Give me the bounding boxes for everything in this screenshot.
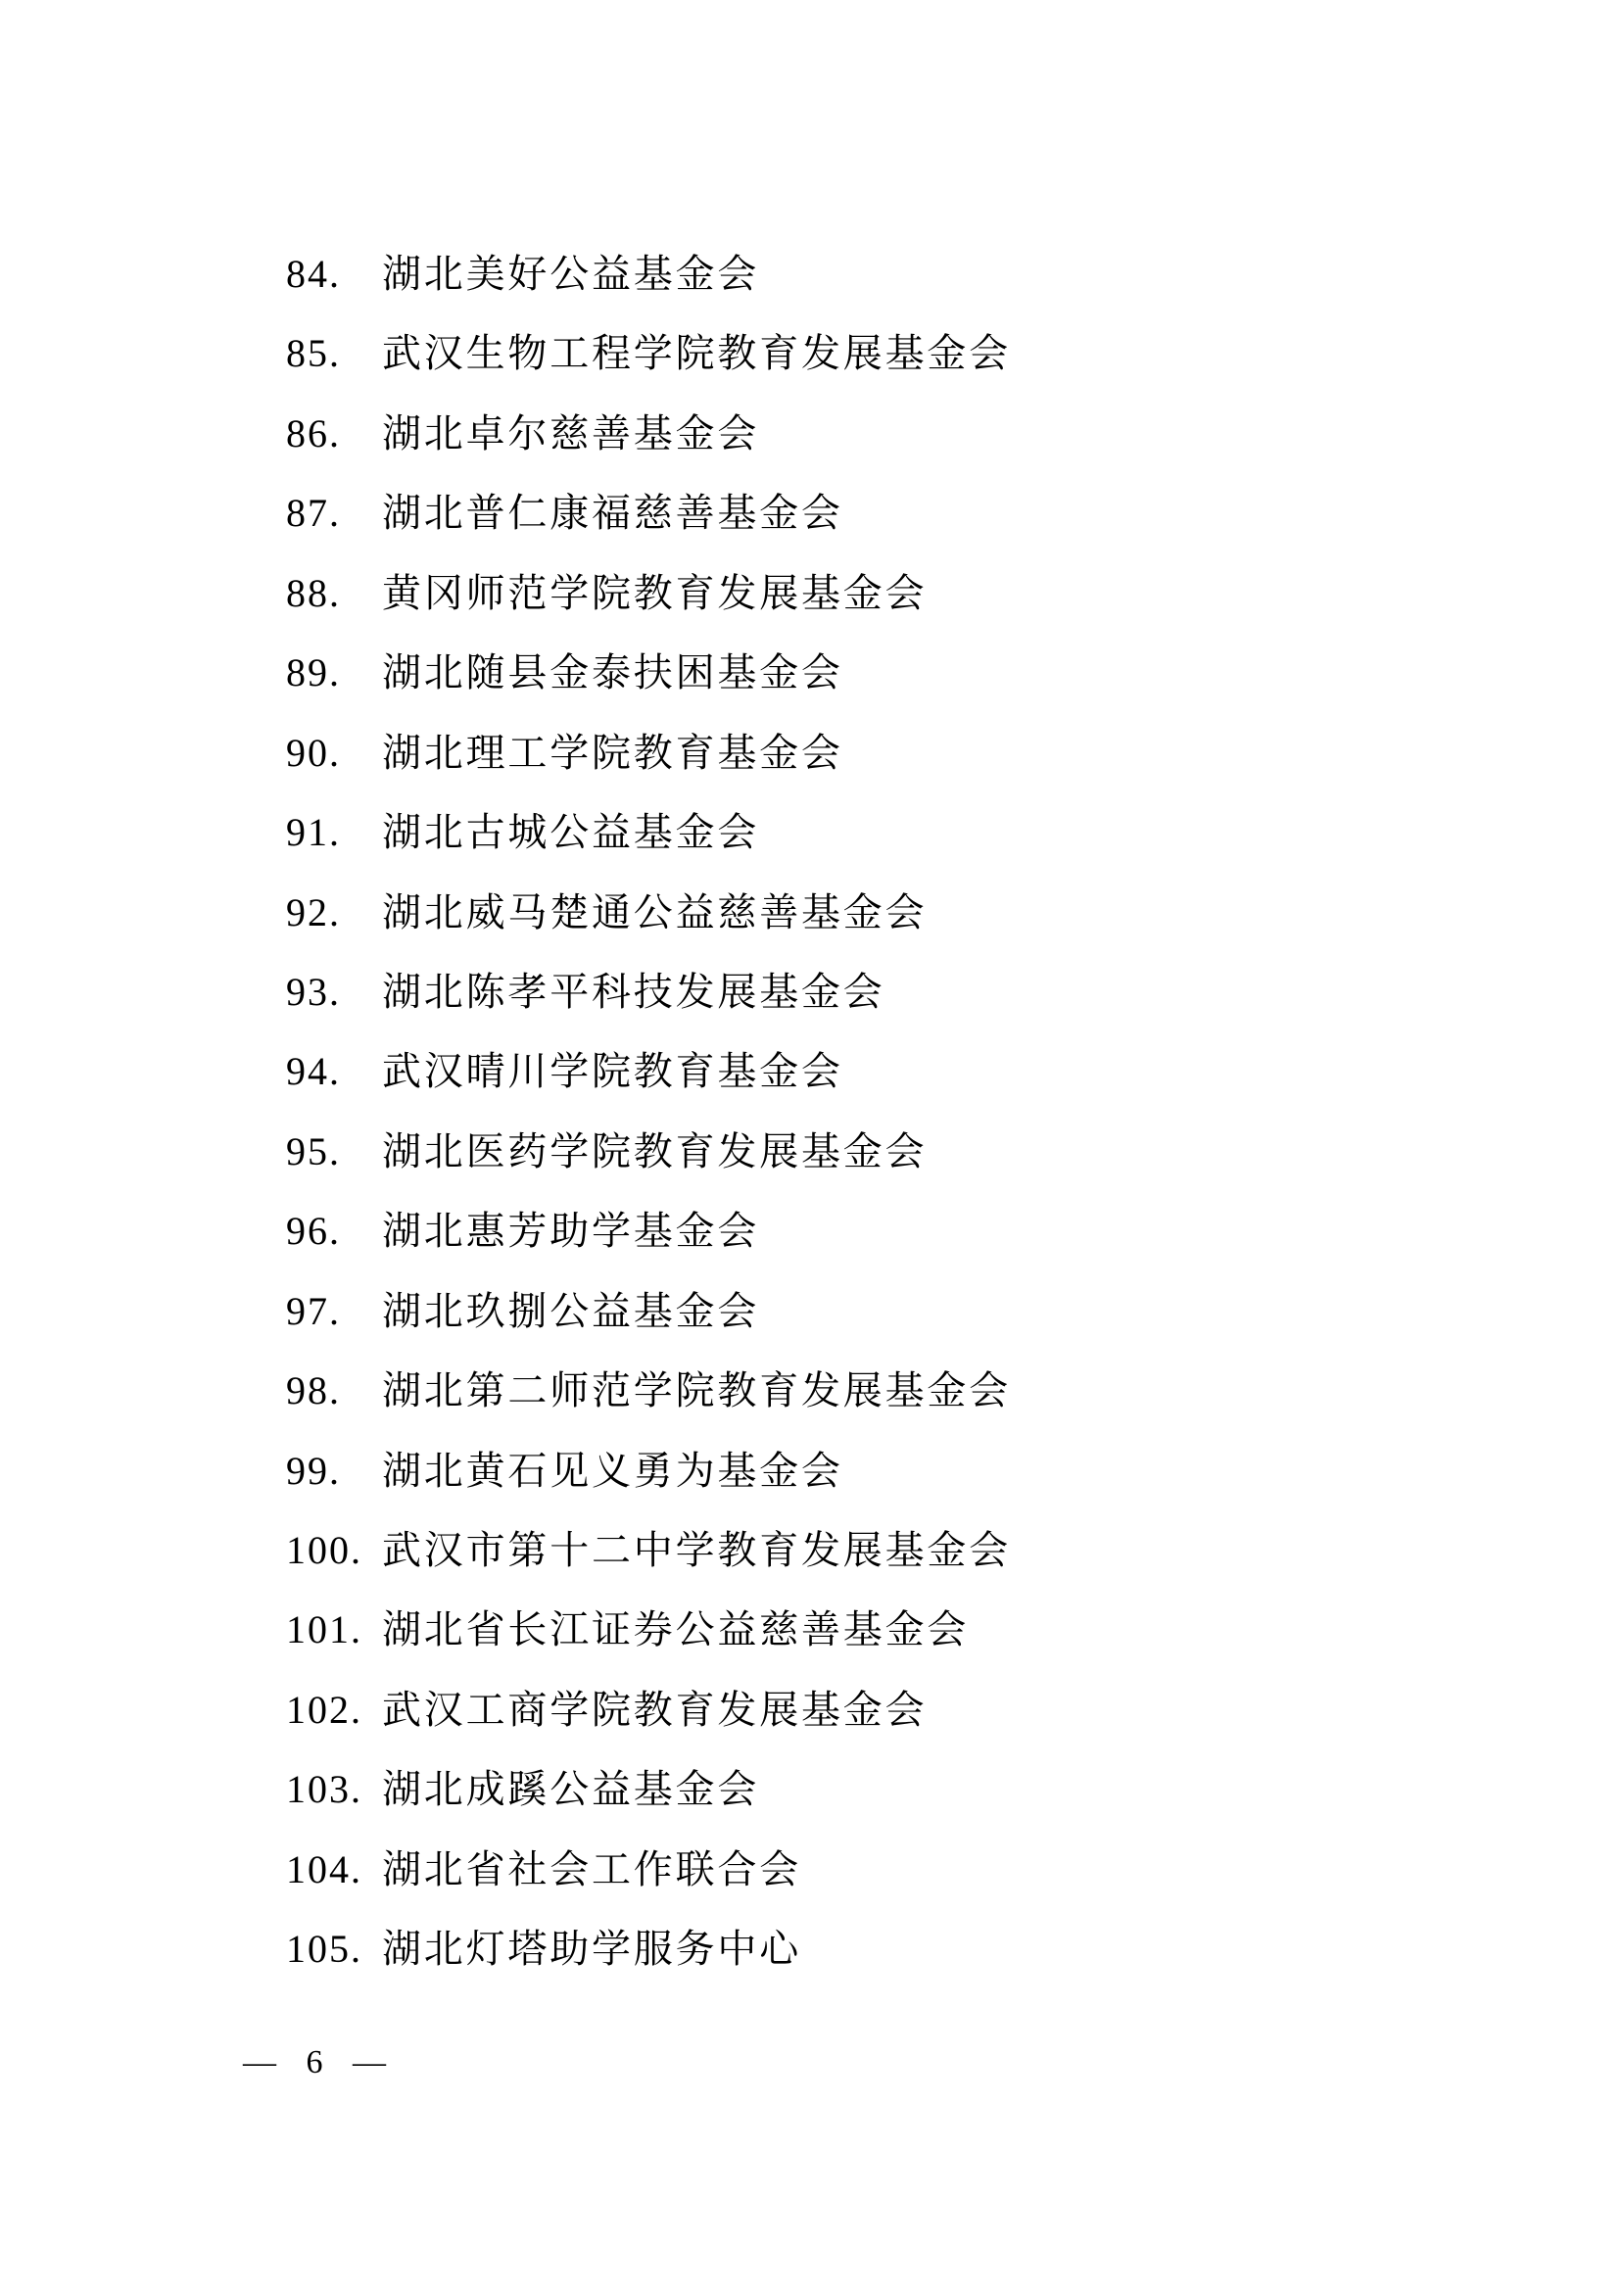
- item-name: 湖北随县金泰扶困基金会: [382, 633, 843, 712]
- list-item: 92. 湖北威马楚通公益慈善基金会: [286, 873, 1461, 952]
- item-number: 89.: [286, 633, 382, 712]
- item-number: 96.: [286, 1191, 382, 1270]
- item-number: 92.: [286, 873, 382, 952]
- item-number: 103.: [286, 1749, 382, 1829]
- list-item: 104. 湖北省社会工作联合会: [286, 1830, 1461, 1909]
- list-item: 98. 湖北第二师范学院教育发展基金会: [286, 1351, 1461, 1430]
- item-name: 湖北惠芳助学基金会: [382, 1191, 759, 1270]
- item-name: 湖北理工学院教育基金会: [382, 713, 843, 792]
- item-name: 武汉工商学院教育发展基金会: [382, 1670, 927, 1749]
- list-item: 97. 湖北玖捌公益基金会: [286, 1271, 1461, 1351]
- item-name: 湖北黄石见义勇为基金会: [382, 1431, 843, 1510]
- item-name: 湖北第二师范学院教育发展基金会: [382, 1351, 1011, 1430]
- item-name: 武汉晴川学院教育基金会: [382, 1031, 843, 1111]
- item-number: 93.: [286, 952, 382, 1031]
- list-item: 86. 湖北卓尔慈善基金会: [286, 394, 1461, 473]
- item-name: 湖北卓尔慈善基金会: [382, 394, 759, 473]
- item-name: 湖北古城公益基金会: [382, 792, 759, 872]
- list-item: 103. 湖北成蹊公益基金会: [286, 1749, 1461, 1829]
- list-item: 89. 湖北随县金泰扶困基金会: [286, 633, 1461, 712]
- item-name: 湖北陈孝平科技发展基金会: [382, 952, 885, 1031]
- item-name: 湖北省长江证券公益慈善基金会: [382, 1590, 969, 1669]
- item-number: 91.: [286, 792, 382, 872]
- item-number: 102.: [286, 1670, 382, 1749]
- item-number: 101.: [286, 1590, 382, 1669]
- foundation-list: 84. 湖北美好公益基金会 85. 武汉生物工程学院教育发展基金会 86. 湖北…: [286, 234, 1461, 1989]
- list-item: 90. 湖北理工学院教育基金会: [286, 713, 1461, 792]
- list-item: 100. 武汉市第十二中学教育发展基金会: [286, 1510, 1461, 1590]
- list-item: 93. 湖北陈孝平科技发展基金会: [286, 952, 1461, 1031]
- item-name: 湖北成蹊公益基金会: [382, 1749, 759, 1829]
- item-number: 98.: [286, 1351, 382, 1430]
- item-name: 湖北医药学院教育发展基金会: [382, 1112, 927, 1191]
- item-name: 武汉生物工程学院教育发展基金会: [382, 313, 1011, 393]
- list-item: 105. 湖北灯塔助学服务中心: [286, 1909, 1461, 1988]
- list-item: 95. 湖北医药学院教育发展基金会: [286, 1112, 1461, 1191]
- list-item: 102. 武汉工商学院教育发展基金会: [286, 1670, 1461, 1749]
- item-number: 105.: [286, 1909, 382, 1988]
- document-page: 84. 湖北美好公益基金会 85. 武汉生物工程学院教育发展基金会 86. 湖北…: [0, 0, 1624, 2294]
- item-number: 88.: [286, 553, 382, 633]
- item-number: 104.: [286, 1830, 382, 1909]
- item-name: 武汉市第十二中学教育发展基金会: [382, 1510, 1011, 1590]
- item-name: 湖北威马楚通公益慈善基金会: [382, 873, 927, 952]
- item-number: 99.: [286, 1431, 382, 1510]
- item-number: 86.: [286, 394, 382, 473]
- list-item: 91. 湖北古城公益基金会: [286, 792, 1461, 872]
- list-item: 88. 黄冈师范学院教育发展基金会: [286, 553, 1461, 633]
- list-item: 101. 湖北省长江证券公益慈善基金会: [286, 1590, 1461, 1669]
- item-number: 100.: [286, 1510, 382, 1590]
- item-number: 85.: [286, 313, 382, 393]
- item-name: 湖北普仁康福慈善基金会: [382, 473, 843, 552]
- list-item: 84. 湖北美好公益基金会: [286, 234, 1461, 313]
- item-number: 87.: [286, 473, 382, 552]
- item-name: 黄冈师范学院教育发展基金会: [382, 553, 927, 633]
- item-name: 湖北省社会工作联合会: [382, 1830, 801, 1909]
- item-number: 94.: [286, 1031, 382, 1111]
- list-item: 99. 湖北黄石见义勇为基金会: [286, 1431, 1461, 1510]
- list-item: 94. 武汉晴川学院教育基金会: [286, 1031, 1461, 1111]
- page-number-footer: — 6 —: [243, 2043, 393, 2082]
- list-item: 85. 武汉生物工程学院教育发展基金会: [286, 313, 1461, 393]
- item-name: 湖北灯塔助学服务中心: [382, 1909, 801, 1988]
- item-name: 湖北玖捌公益基金会: [382, 1271, 759, 1351]
- list-item: 87. 湖北普仁康福慈善基金会: [286, 473, 1461, 552]
- item-number: 95.: [286, 1112, 382, 1191]
- item-number: 97.: [286, 1271, 382, 1351]
- item-number: 84.: [286, 234, 382, 313]
- list-item: 96. 湖北惠芳助学基金会: [286, 1191, 1461, 1270]
- item-number: 90.: [286, 713, 382, 792]
- item-name: 湖北美好公益基金会: [382, 234, 759, 313]
